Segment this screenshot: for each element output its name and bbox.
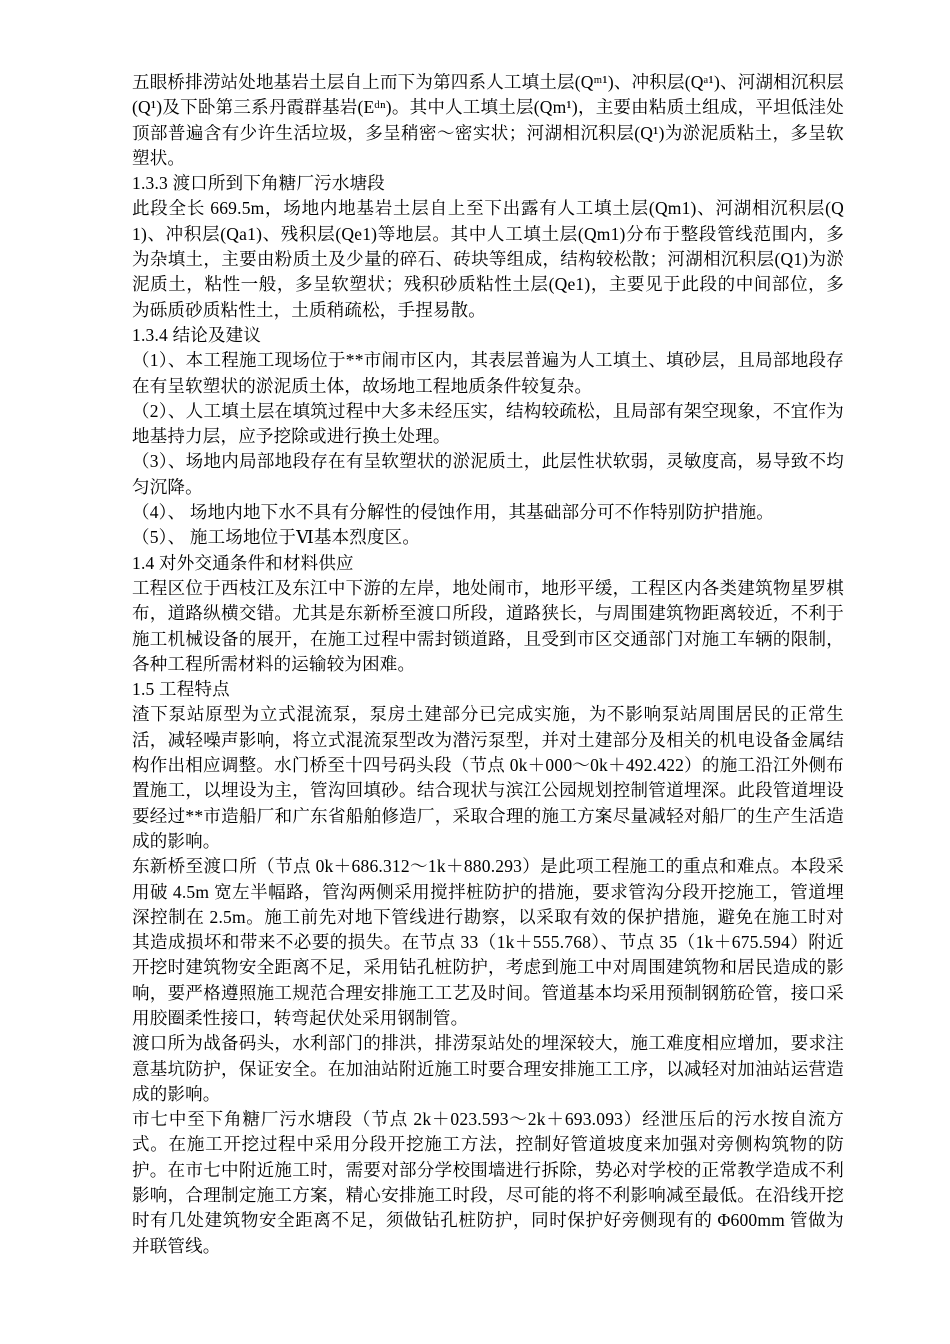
conclusion-item-4: （4）、 场地内地下水不具有分解性的侵蚀作用，其基础部分可不作特别防护措施。: [132, 500, 844, 525]
paragraph-feature-dongxinqiao: 东新桥至渡口所（节点 0k＋686.312～1k＋880.293）是此项工程施工…: [132, 854, 844, 1031]
conclusion-item-2: （2）、人工填土层在填筑过程中大多未经压实，结构较疏松，且局部有架空现象，不宜作…: [132, 399, 844, 450]
conclusion-item-3: （3）、场地内局部地段存在有呈软塑状的淤泥质土，此层性状软弱，灵敏度高，易导致不…: [132, 449, 844, 500]
conclusion-item-5: （5）、 施工场地位于Ⅵ基本烈度区。: [132, 525, 844, 550]
conclusion-item-1: （1）、本工程施工现场位于**市闹市区内，其表层普遍为人工填土、填砂层，且局部地…: [132, 348, 844, 399]
paragraph-feature-pump-station: 渣下泵站原型为立式混流泵，泵房土建部分已完成实施，为不影响泵站周围居民的正常生活…: [132, 702, 844, 854]
paragraph-traffic-materials: 工程区位于西枝江及东江中下游的左岸，地处闹市，地形平缓，工程区内各类建筑物星罗棋…: [132, 576, 844, 677]
section-heading-1-4: 1.4 对外交通条件和材料供应: [132, 551, 844, 576]
document-content: 五眼桥排涝站处地基岩土层自上而下为第四系人工填土层(Qᵐ¹)、冲积层(Qᵃ¹)、…: [132, 70, 844, 1259]
paragraph-geology-dukou-section: 此段全长 669.5m，场地内地基岩土层自上至下出露有人工填土层(Qm1)、河湖…: [132, 196, 844, 322]
section-heading-1-3-4: 1.3.4 结论及建议: [132, 323, 844, 348]
section-heading-1-3-3: 1.3.3 渡口所到下角糖厂污水塘段: [132, 171, 844, 196]
paragraph-geology-wuyanqiao: 五眼桥排涝站处地基岩土层自上而下为第四系人工填土层(Qᵐ¹)、冲积层(Qᵃ¹)、…: [132, 70, 844, 171]
paragraph-feature-shiqizhong: 市七中至下角糖厂污水塘段（节点 2k＋023.593～2k＋693.093）经泄…: [132, 1107, 844, 1259]
document-page: 五眼桥排涝站处地基岩土层自上而下为第四系人工填土层(Qᵐ¹)、冲积层(Qᵃ¹)、…: [0, 0, 950, 1344]
paragraph-feature-dukousuo: 渡口所为战备码头，水利部门的排洪，排涝泵站处的埋深较大，施工难度相应增加，要求注…: [132, 1031, 844, 1107]
section-heading-1-5: 1.5 工程特点: [132, 677, 844, 702]
